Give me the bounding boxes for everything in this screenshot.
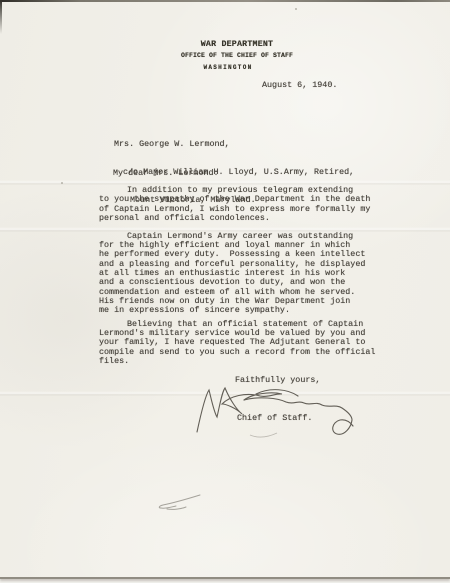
address-line: Mrs. George W. Lermond, [114, 140, 354, 149]
paragraph-1: In addition to my previous telegram exte… [99, 186, 391, 223]
date-line: August 6, 1940. [262, 81, 337, 90]
letterhead-office: OFFICE OF THE CHIEF OF STAFF [112, 52, 362, 59]
paragraph-3: Believing that an official statement of … [99, 320, 391, 367]
salutation: My dear Mrs. Lermond: [113, 169, 219, 178]
letterhead-city: WASHINGTON [103, 64, 353, 71]
paper-speck [295, 8, 297, 10]
photo-left-edge [0, 0, 2, 34]
paper-speck [61, 182, 63, 184]
letter-paper: WAR DEPARTMENT OFFICE OF THE CHIEF OF ST… [0, 0, 450, 579]
paragraph-2: Captain Lermond's Army career was outsta… [99, 232, 391, 316]
photo-top-edge [0, 0, 450, 2]
pencil-mark [153, 491, 207, 513]
signer-title: Chief of Staff. [237, 414, 312, 423]
letter-photo: WAR DEPARTMENT OFFICE OF THE CHIEF OF ST… [0, 0, 450, 583]
letterhead-department: WAR DEPARTMENT [112, 40, 362, 49]
